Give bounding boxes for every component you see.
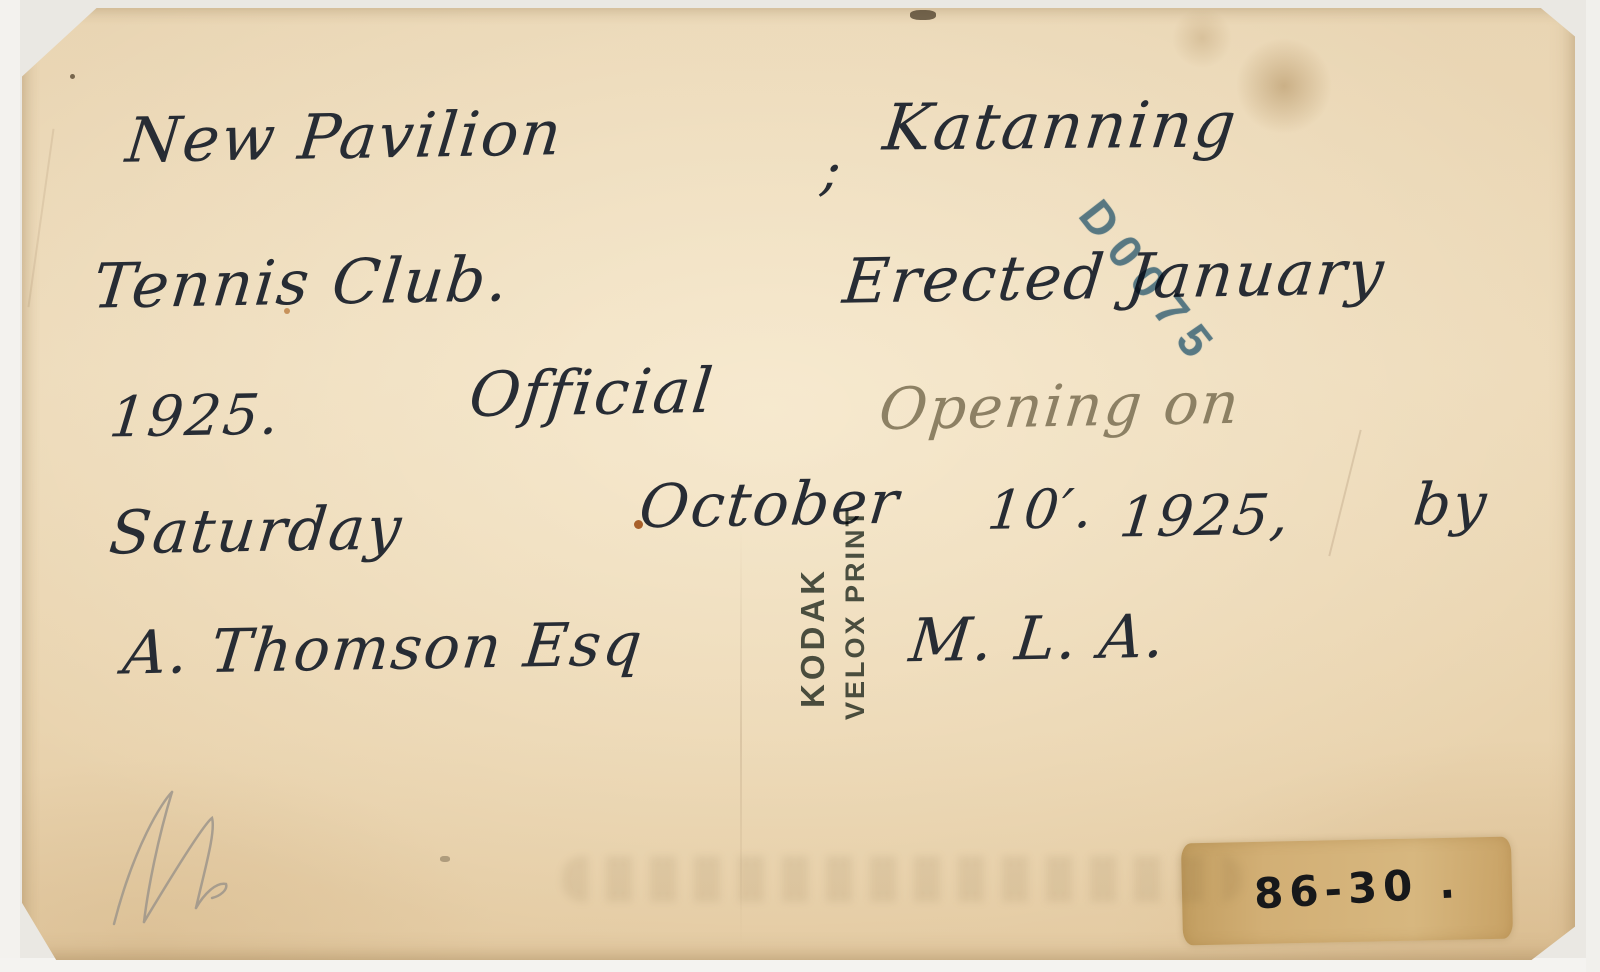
handwritten-text: 1925, [1116, 483, 1294, 551]
velox-print-stamp: VELOX PRINT [840, 507, 871, 720]
handwritten-signature: A. Thomson Esq [120, 609, 647, 688]
handwritten-text: 10′. [985, 477, 1098, 542]
handwritten-text: Saturday [106, 493, 406, 568]
handwritten-text: by [1410, 469, 1491, 538]
catalog-number: 86-30 . [1253, 858, 1462, 918]
scan-margin-left [0, 0, 20, 972]
showthrough-ghost [562, 856, 1242, 902]
kodak-stamp: KODAK [794, 567, 832, 708]
stain-speck [910, 10, 936, 20]
handwritten-punctuation: ; [819, 138, 847, 203]
stain-speck [70, 74, 75, 79]
handwritten-text: Official [466, 354, 718, 431]
crease-line [27, 129, 54, 308]
photo-verso-card: New Pavilion ; Katanning Tennis Club. Er… [22, 8, 1575, 960]
pencil-mark [100, 776, 290, 946]
handwritten-text: New Pavilion [123, 96, 567, 177]
stain-speck [284, 308, 290, 314]
handwritten-text: Katanning [880, 88, 1242, 165]
stain-speck [634, 520, 643, 529]
scan-margin-right [1586, 0, 1600, 972]
handwritten-text-faded: Opening on [876, 369, 1244, 443]
crease-line [1328, 430, 1361, 557]
handwritten-honorific: M. L. A. [906, 602, 1170, 676]
handwritten-text: Tennis Club. [90, 242, 514, 322]
handwritten-text: 1925. [106, 383, 284, 451]
scan-margin-bottom [0, 958, 1600, 972]
crease-line [740, 528, 742, 948]
stain-speck [440, 856, 450, 862]
